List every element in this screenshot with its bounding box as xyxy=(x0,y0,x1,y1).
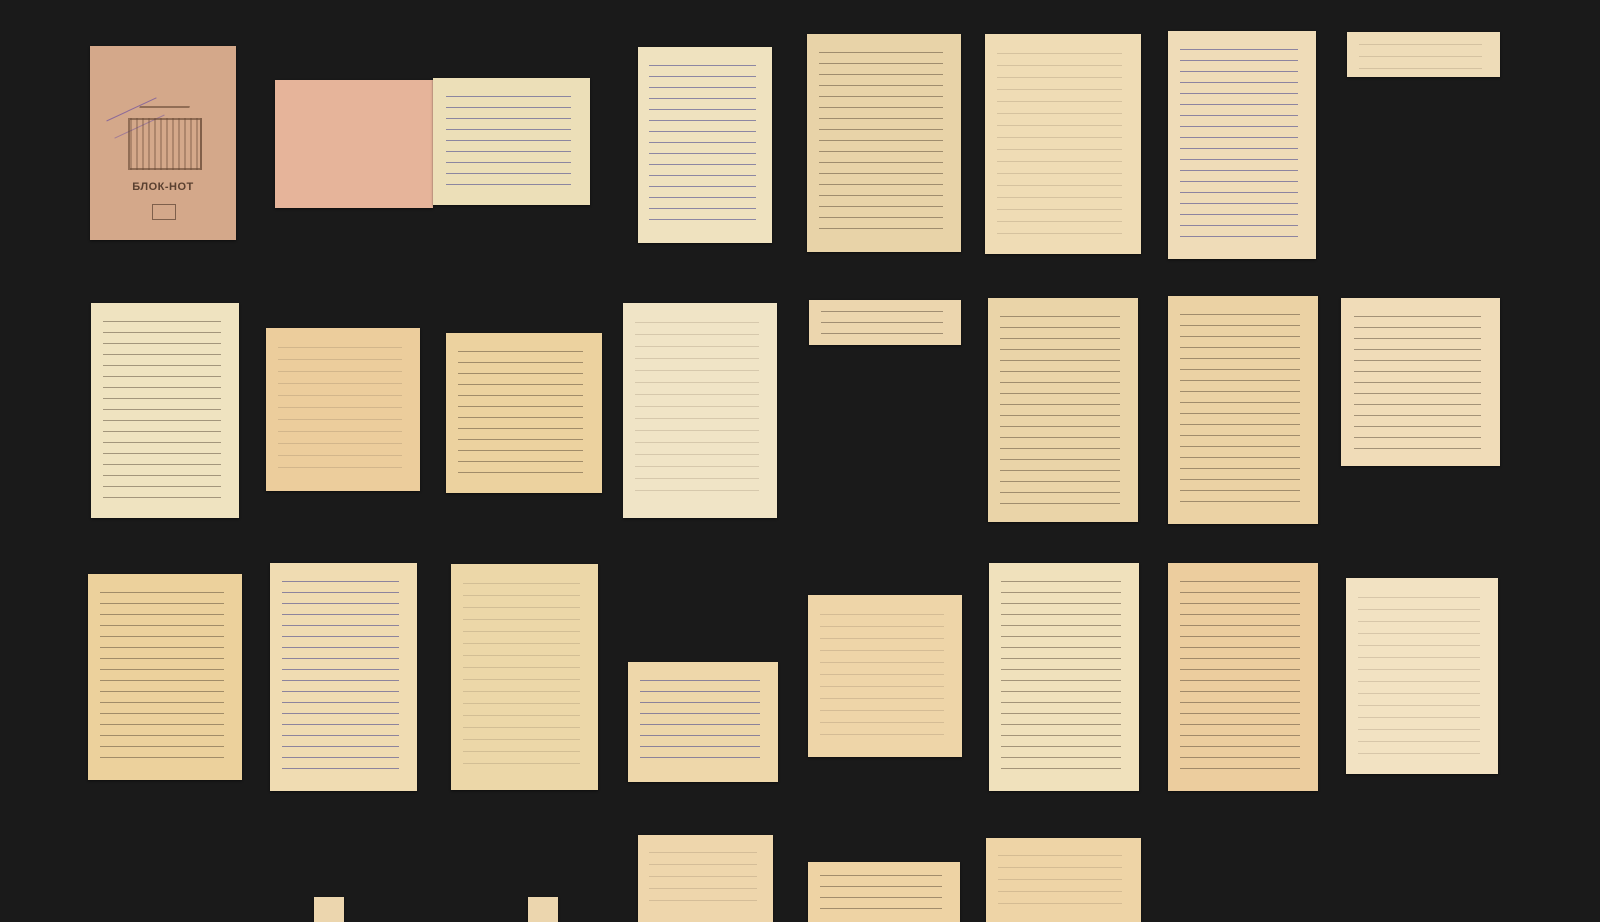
handwriting-lines xyxy=(649,59,756,227)
manuscript-thumbnail[interactable] xyxy=(808,595,962,757)
handwriting-lines xyxy=(820,869,942,915)
manuscript-thumbnail[interactable] xyxy=(986,838,1141,922)
handwriting-lines xyxy=(100,586,224,764)
handwriting-lines xyxy=(997,46,1122,238)
handwriting-lines xyxy=(820,607,944,741)
manuscript-thumbnail[interactable] xyxy=(1347,32,1500,77)
handwriting-lines xyxy=(635,315,759,502)
manuscript-thumbnail[interactable] xyxy=(1168,563,1318,791)
handwriting-lines xyxy=(1359,37,1482,72)
handwriting-lines xyxy=(278,340,402,475)
manuscript-thumbnail[interactable] xyxy=(433,78,590,205)
manuscript-thumbnail[interactable] xyxy=(1168,31,1316,259)
manuscript-thumbnail[interactable]: БЛОК-НОТ xyxy=(90,46,236,240)
manuscript-thumbnail[interactable] xyxy=(451,564,598,790)
manuscript-thumbnail[interactable] xyxy=(88,574,242,780)
manuscript-thumbnail[interactable] xyxy=(638,835,773,922)
manuscript-thumbnail[interactable] xyxy=(91,303,239,518)
manuscript-thumbnail[interactable] xyxy=(808,862,960,922)
handwriting-lines xyxy=(458,345,583,477)
handwriting-lines xyxy=(998,848,1122,912)
manuscript-thumbnail[interactable] xyxy=(1341,298,1500,466)
handwriting-lines xyxy=(649,845,757,912)
handwriting-lines xyxy=(819,46,943,236)
handwriting-lines xyxy=(1180,43,1298,243)
manuscript-thumbnail[interactable] xyxy=(985,34,1141,254)
manuscript-thumbnail[interactable] xyxy=(270,563,417,791)
manuscript-thumbnail[interactable] xyxy=(1168,296,1318,524)
handwriting-lines xyxy=(1180,575,1300,775)
handwriting-lines xyxy=(1000,310,1120,506)
handwriting-lines xyxy=(1354,310,1481,450)
manuscript-thumbnail[interactable] xyxy=(314,897,344,922)
manuscript-thumbnail[interactable] xyxy=(807,34,961,252)
handwriting-lines xyxy=(1001,575,1121,775)
manuscript-thumbnail[interactable] xyxy=(628,662,778,782)
manuscript-thumbnail[interactable] xyxy=(638,47,772,243)
handwriting-lines xyxy=(103,315,221,502)
manuscript-thumbnail[interactable] xyxy=(809,300,961,345)
manuscript-thumbnail[interactable] xyxy=(528,897,558,922)
manuscript-thumbnail[interactable] xyxy=(989,563,1139,791)
handwriting-lines xyxy=(463,576,580,774)
manuscript-gallery: БЛОК-НОТ xyxy=(0,0,1600,922)
manuscript-thumbnail[interactable] xyxy=(988,298,1138,522)
handwriting-lines xyxy=(1180,308,1300,508)
handwriting-lines xyxy=(821,305,943,340)
handwriting-lines xyxy=(446,90,571,190)
manuscript-thumbnail[interactable] xyxy=(623,303,777,518)
manuscript-thumbnail[interactable] xyxy=(275,80,433,208)
manuscript-thumbnail[interactable] xyxy=(446,333,602,493)
manuscript-thumbnail[interactable] xyxy=(1346,578,1498,774)
cover-title: БЛОК-НОТ xyxy=(90,181,236,193)
handwriting-lines xyxy=(640,674,760,768)
cover-label-box xyxy=(152,204,176,220)
handwriting-lines xyxy=(1358,590,1480,758)
manuscript-thumbnail[interactable] xyxy=(266,328,420,491)
house-illustration-icon xyxy=(128,118,202,170)
handwriting-lines xyxy=(282,575,399,775)
